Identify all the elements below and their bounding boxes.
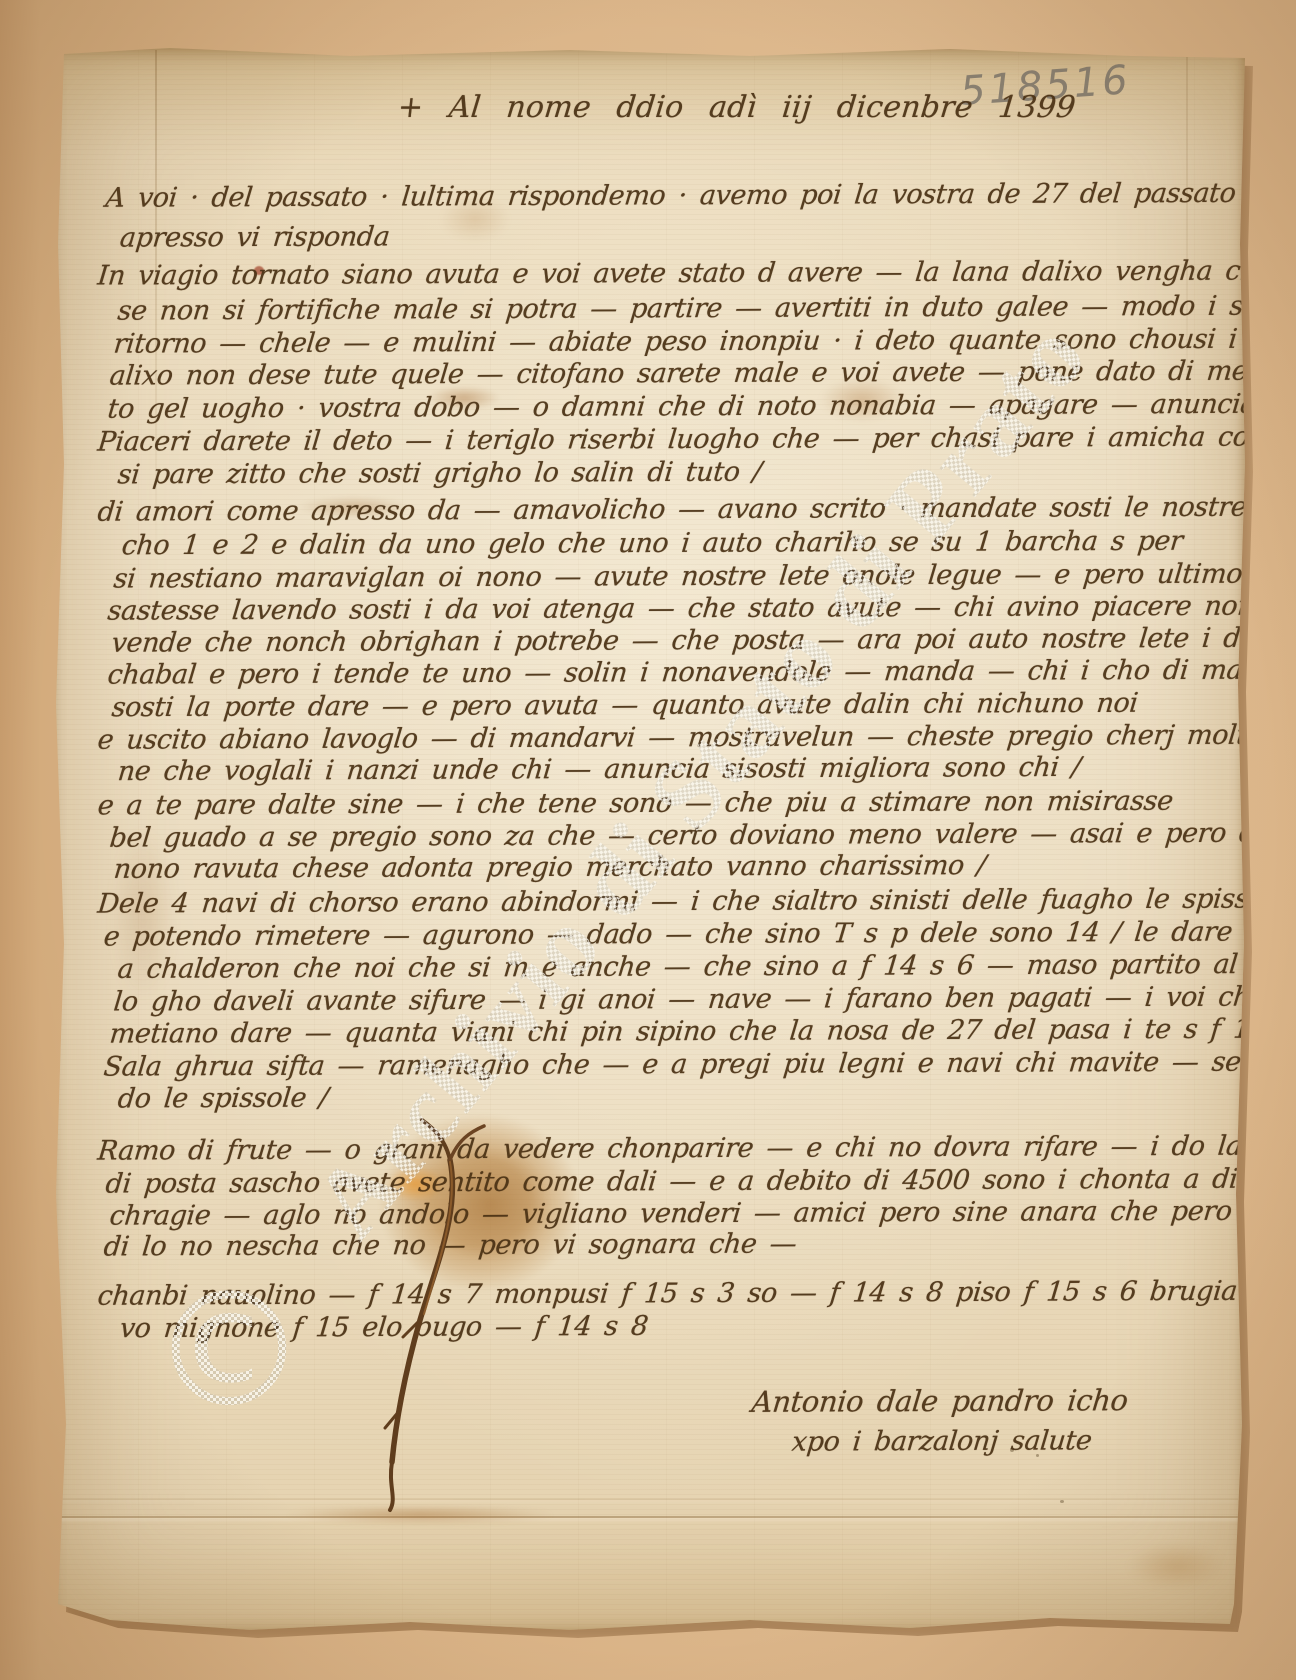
fold-crease-horizontal [60,1516,1238,1518]
manuscript-line: Piaceri darete il deto — i teriglo riser… [96,421,1291,458]
manuscript-line: lo gho daveli avante sifure — i gi anoi … [112,981,1288,1018]
manuscript-line: a chalderon che noi che si m e anche — c… [116,948,1296,986]
manuscript-line: si nestiano maraviglan oi nono — avute n… [112,558,1290,595]
manuscript-line: e potendo rimetere — agurono — dado — ch… [102,917,1234,954]
manuscript-line: do le spissole / [116,1083,329,1116]
dried-plant-stem [300,1090,560,1520]
manuscript-line: ritorno — chele — e mulini — abiate peso… [112,323,1296,360]
manuscript-paper: 518516 + Al nome ddio adì iij dicenbre 1… [50,44,1246,1636]
manuscript-line: cho 1 e 2 e dalin da uno gelo che uno i … [120,526,1184,563]
letter-heading: + Al nome ddio adì iij dicenbre 1399 [396,90,1077,126]
manuscript-line: chanbi nauolino — f 14 s 7 monpusi f 15 … [96,1275,1296,1313]
manuscript-line: sosti la porte dare — e pero avuta — qua… [110,688,1139,724]
manuscript-line: Dele 4 navi di chorso erano abindormi — … [96,883,1289,920]
manuscript-line: metiano dare — quanta viani chi pin sipi… [108,1013,1296,1050]
manuscript-line: di amori come apresso da — amavolicho — … [96,491,1296,528]
manuscript-line: chragie — aglo no andolo — vigliano vend… [108,1195,1296,1232]
ink-speck [1060,1500,1064,1503]
manuscript-line: nono ravuta chese adonta pregio merchato… [112,850,987,886]
manuscript-line: di posta sascho avete sentito come dali … [104,1163,1296,1200]
manuscript-line: e a te pare dalte sine — i che tene sono… [96,786,1174,823]
manuscript-line: se non si fortifiche male si potra — par… [116,290,1296,327]
manuscript-line: e uscito abiano lavoglo — di mandarvi — … [96,719,1296,757]
manuscript-line: apresso vi risponda [118,221,391,254]
manuscript-line: In viagio tornato siano avuta e voi avet… [96,255,1274,292]
photo-backdrop: 518516 + Al nome ddio adì iij dicenbre 1… [0,0,1296,1680]
stain [1128,1542,1226,1590]
manuscript-line: sastesse lavendo sosti i da voi atenga —… [106,590,1296,627]
manuscript-line: vende che nonch obrighan i potrebe — che… [110,622,1296,659]
manuscript-line: to gel uogho · vostra dobo — o damni che… [106,388,1296,426]
manuscript-line: ne che voglali i nanzi unde chi — anunci… [116,752,1082,788]
manuscript-line: A voi · del passato · lultima rispondemo… [104,177,1296,215]
manuscript-line: bel guado a se pregio sono za che — cert… [108,817,1296,854]
manuscript-line: xpo i barzalonj salute [790,1425,1093,1458]
manuscript-line: Sala ghrua sifta — ramenagho che — e a p… [102,1046,1296,1083]
manuscript-line: si pare zitto che sosti grigho lo salin … [116,457,763,492]
manuscript-line: chabal e pero i tende te uno — solin i n… [106,654,1296,691]
manuscript-line: alixo non dese tute quele — citofano sar… [108,355,1296,392]
manuscript-line: Antonio dale pandro icho [750,1384,1129,1418]
manuscript-line: Ramo di frute — o grani da vedere chonpa… [96,1130,1296,1167]
page-host: 518516 + Al nome ddio adì iij dicenbre 1… [0,0,1296,1680]
